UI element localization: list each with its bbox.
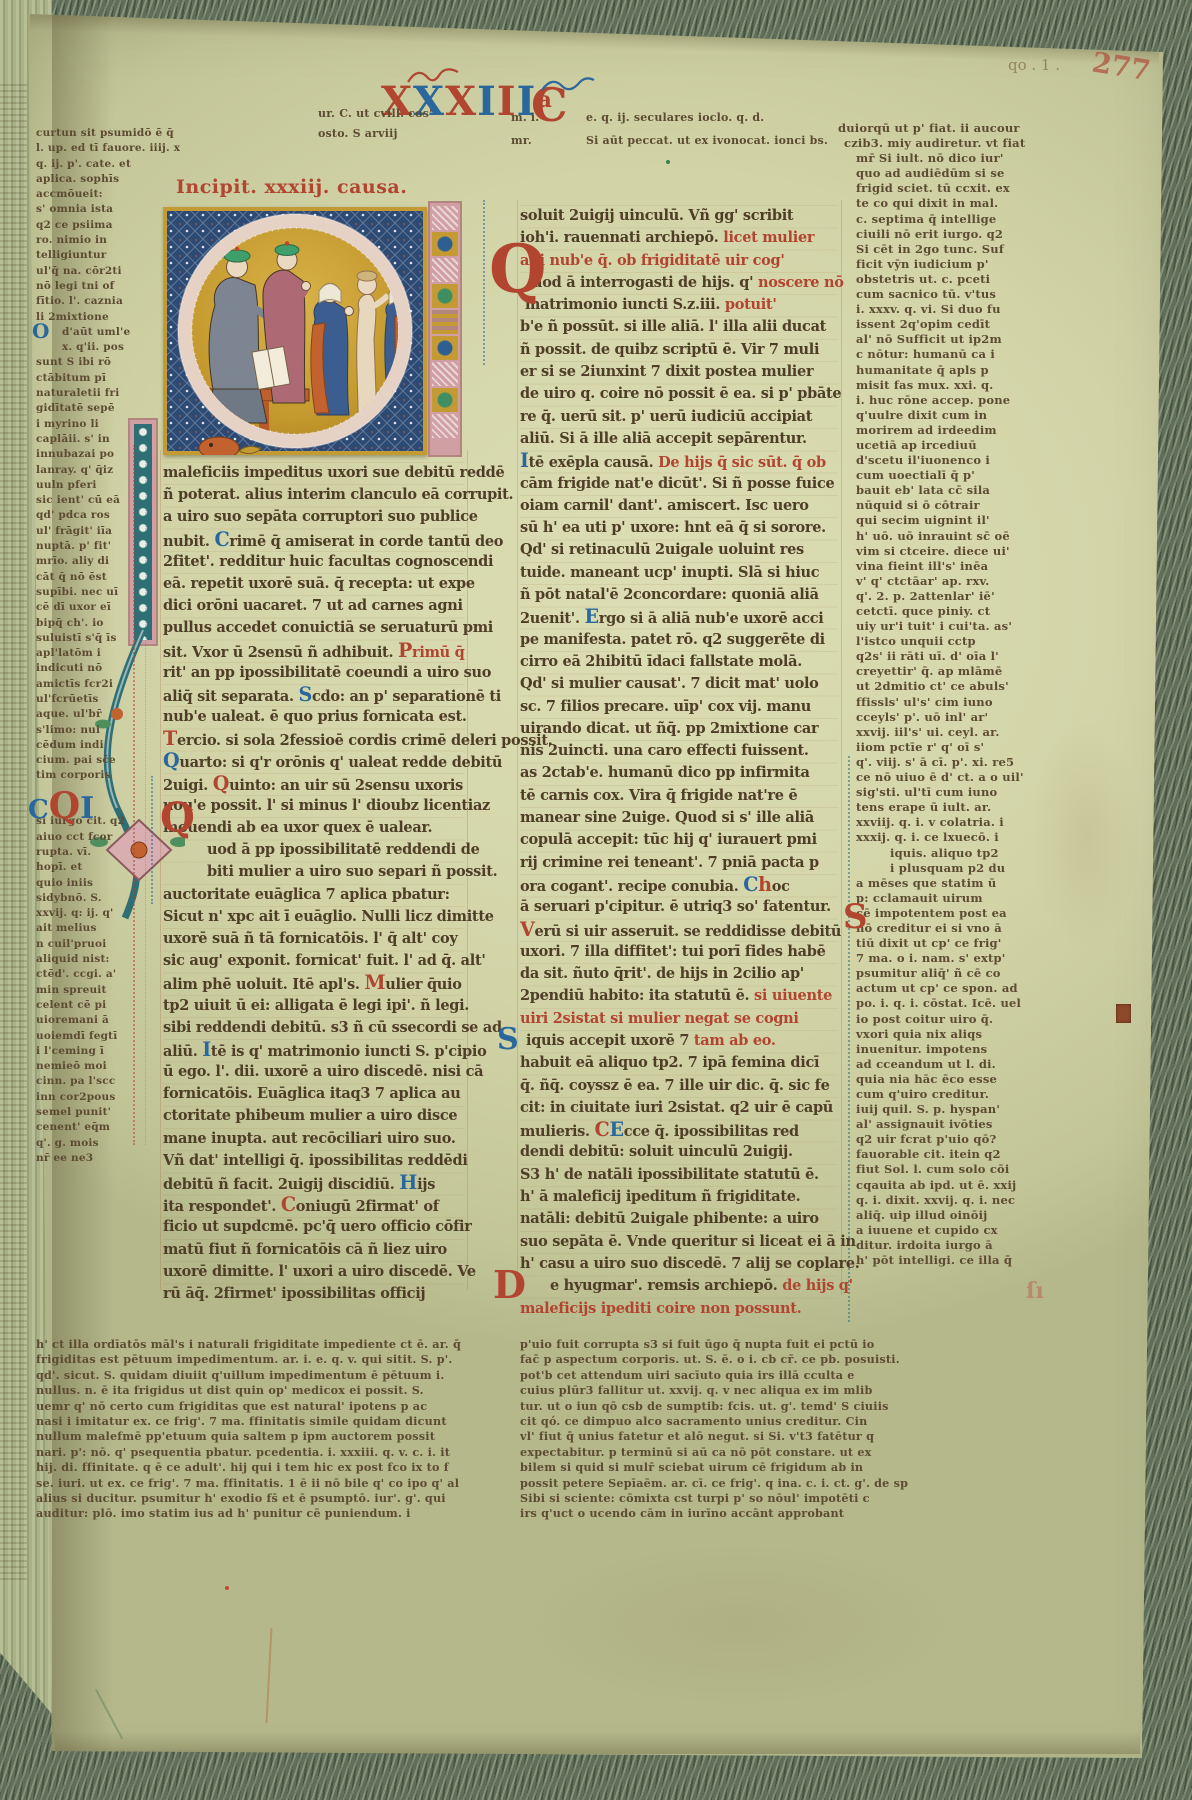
text-segment: x. q'ii. pos — [62, 341, 124, 353]
text-segment: vl' fiut q̄ unius fatetur et alō negut. … — [520, 1429, 874, 1443]
text-line: nō creditur ei si vno ā — [856, 921, 1032, 936]
text-line: xxviij. q. i. v colatria. i — [856, 815, 1032, 830]
text-segment: ul'q̄ na. cōr2ti — [36, 265, 122, 277]
text-segment: cinn. pa l'scc — [36, 1075, 115, 1087]
text-line: quo ad audiēdūm si se — [856, 166, 1032, 181]
text-segment: po. i. q. i. cōstat. Icē. uel — [856, 996, 1021, 1010]
text-segment: c nōtur: humanū ca i — [856, 347, 995, 361]
text-line: cē dī uxor eī — [36, 600, 148, 615]
text-line: i. xxxv. q. vi. Si duo fu — [856, 302, 1032, 317]
text-line: rit' an pp ipossibilitatē coeundi a uiro… — [163, 662, 465, 684]
text-line: alim phē uoluit. Itē apl's. Mulier q̄uio — [163, 972, 465, 994]
text-line: aplica. sophīs — [36, 172, 148, 187]
text-segment: ioh'i. rauennati archiepō. — [520, 229, 723, 246]
text-line: indicuti nō — [36, 661, 148, 676]
text-segment: fac̄ p aspectum corporis. ut. S. ē. o i.… — [520, 1352, 900, 1366]
text-segment: uuln pferi — [36, 479, 97, 491]
text-line: ul'fcrūetīs — [36, 692, 148, 707]
text-segment: nūquid si ō cōtrair — [856, 498, 980, 512]
text-line: ciuili nō erit iurgo. q2 — [856, 227, 1032, 242]
ornament-cell — [432, 258, 458, 283]
text-line: Itē exēpla causā. De hijs q̄ sic sūt. q̄… — [520, 450, 838, 472]
text-segment: sc. 7 filios precare. uīp' cox vij. manu — [520, 698, 811, 715]
text-segment: cce q̄. ipossibilitas red — [624, 1123, 799, 1140]
text-segment: telligiuntur — [36, 249, 107, 261]
text-segment: mulieris. — [520, 1123, 595, 1140]
text-line: l. up. ed tī fauore. iiij. x — [36, 141, 148, 156]
text-line: cenent' eq̄m — [36, 1120, 148, 1135]
text-line: sidybnō. S. — [36, 891, 148, 906]
text-line: e. q. ij. seculares ioclo. q. d. — [586, 106, 828, 129]
ornament-bar — [428, 201, 462, 457]
text-line: nō legi tni of — [36, 279, 148, 294]
text-line: uod ā interrogasti de hijs. q' noscere n… — [520, 272, 838, 294]
text-segment: Q — [163, 749, 179, 772]
text-line: bipq̄ ch'. io — [36, 616, 148, 631]
text-segment: er si se 2iunxint 7 dixit postea mulier — [520, 363, 813, 380]
text-line: q2 ce psiima — [36, 218, 148, 233]
text-segment: fiut Sol. l. cum solo cōi — [856, 1162, 1009, 1176]
top-gloss-mid: m. i.mr. — [511, 106, 539, 152]
text-segment: Sicut n' xpc ait ī euāglio. Nulli licz d… — [163, 908, 494, 925]
text-segment: psumitur aliq̄' ñ cē co — [856, 966, 1001, 980]
text-line: uou'e possit. l' si minus l' dioubz lice… — [163, 795, 465, 817]
text-line: ita respondet'. Coniugū 2firmat' of — [163, 1194, 465, 1216]
text-segment: uxorē dimitte. l' uxori a uiro discedē. … — [163, 1263, 476, 1280]
text-segment: si uiuente — [754, 987, 832, 1004]
text-segment: sibi reddendi debitū. s3 ñ cū ssecordi s… — [163, 1019, 502, 1036]
gloss-column-left: curtun sit psumidō ē q̄l. up. ed tī fauo… — [36, 126, 148, 1166]
lemma-letter-I: I — [80, 791, 94, 826]
text-line: cetctī. quce piniy. ct — [856, 604, 1032, 619]
text-segment: tē exēpla causā. — [529, 454, 658, 471]
text-line: iquis. aliquo tp2 — [856, 846, 1032, 861]
text-segment: C — [595, 1118, 610, 1141]
text-line: bilem si quid si mulr̄ sciebat uirum cē … — [520, 1460, 1032, 1475]
text-segment: mane inupta. aut recōciliari uiro suo. — [163, 1130, 456, 1147]
text-line: cēdum indi — [36, 738, 148, 753]
text-segment: issent 2q'opim cedīt — [856, 317, 990, 331]
text-line: iuij quil. S. p. hyspan' — [856, 1102, 1032, 1117]
text-segment: cuius plūr3 fallitur ut. xxvij. q. v nec… — [520, 1383, 872, 1397]
text-line: cium. pai sc̄e — [36, 753, 148, 768]
text-segment: irs q'uct o ucendo cām in iurīno accānt … — [520, 1506, 844, 1520]
blue-flourish — [151, 776, 157, 904]
text-segment: ercio. si sola 2fessioē cordis crimē del… — [177, 732, 553, 749]
text-line: q'uulre dixit cum in — [856, 408, 1032, 423]
text-segment: uinto: an uir sū 2sensu uxoris — [229, 777, 463, 794]
text-segment: oiam carnil' dant'. amiscert. Isc uero — [520, 497, 809, 514]
text-line: al' nō Sufficit ut ip2m — [856, 332, 1032, 347]
initial-Q-quod-col2: Q — [489, 240, 547, 299]
text-segment: ijs — [417, 1176, 435, 1193]
text-segment: 2pendiū habito: ita statutū ē. — [520, 987, 754, 1004]
text-segment: de hijs q' — [782, 1277, 853, 1294]
text-segment: m. i. — [511, 111, 539, 124]
text-line: q2 uir fcrat p'uio qō? — [856, 1132, 1032, 1147]
text-segment: V — [520, 918, 535, 941]
text-segment: matrimonio iuncti S.z.iii. — [525, 296, 725, 313]
text-line: caplāii. s' in — [36, 432, 148, 447]
text-segment: ut 2dmitio ct' ce abuls' — [856, 679, 1009, 693]
text-line: matrimonio iuncti S.z.iii. potuit' — [520, 294, 838, 316]
previous-page-showthrough — [0, 80, 27, 1580]
text-segment: alius si ducitur. psumitur h' exodio fs̄… — [36, 1491, 446, 1505]
text-line: lanray. q' q̄iz — [36, 463, 148, 478]
text-line: cit: in ciuitate iuri 2sistat. q2 uir ē … — [520, 1097, 838, 1119]
text-line: czib3. miy audiretur. vt fiat — [844, 136, 1032, 151]
text-line: tē carnis cox. Vira q̄ frigide nat're ē — [520, 785, 838, 807]
text-segment: p'uio fuit corrupta s3 si fuit ūgo q̄ nu… — [520, 1337, 874, 1351]
text-line: ñ possit. de quibz scriptū ē. Vir 7 muli — [520, 339, 838, 361]
text-line: i. huc rōne accep. pone — [856, 393, 1032, 408]
text-line: ioh'i. rauennati archiepō. licet mulier — [520, 227, 838, 249]
text-segment: h' uō. uō inrauint sc̄ oē — [856, 529, 1010, 543]
text-segment: curtun sit psumidō ē q̄ — [36, 127, 174, 139]
text-line: auctoritate euāglica 7 aplica pbatur: — [163, 884, 465, 906]
text-line: nullum malefmē pp'etuum quia saltem p ip… — [36, 1429, 488, 1444]
text-segment: q. ij. p'. cate. et — [36, 158, 131, 170]
text-line: Si cēt in 2go tunc. Suf — [856, 242, 1032, 257]
text-segment: Qd' si mulier causat'. 7 dicit mat' uolo — [520, 675, 819, 692]
text-line: re q̄. uerū sit. p' uerū iudiciū accipia… — [520, 406, 838, 428]
ornament-cell — [432, 310, 458, 335]
text-line: sibi reddendi debitū. s3 ñ cū ssecordi s… — [163, 1017, 465, 1039]
text-line: ū ego. l'. dii. uxorē a uiro discedē. ni… — [163, 1061, 465, 1083]
text-line: i myrino li — [36, 417, 148, 432]
text-segment: mr̄ Si iult. nō dico iur' — [856, 151, 1004, 165]
text-segment: matū fiut ñ fornicatōis cā ñ liez uiro — [163, 1241, 447, 1258]
text-line: dendi debitū: soluit uinculū 2uigij. — [520, 1141, 838, 1163]
text-segment: mrīo. aliy di — [36, 555, 109, 567]
text-line: nullus. n. ē ita frigidus ut dist quin o… — [36, 1383, 488, 1398]
text-segment: bauit eb' lata cc̄ sila — [856, 483, 990, 497]
text-line: nub'e ualeat. ē quo prius fornicata est. — [163, 706, 465, 728]
text-segment: rū āq̄. 2firmet' ipossibilitas officij — [163, 1285, 425, 1302]
rubric-incipit: Incipit. xxxiij. causa. — [176, 176, 407, 198]
text-segment: creyettir' q̄. ap mlāmē — [856, 664, 1002, 678]
text-line: al' assignauit ivōties — [856, 1117, 1032, 1132]
text-line: ctābitum pī — [36, 371, 148, 386]
text-segment: h — [758, 873, 772, 896]
text-segment: vxori quia nix aliqs — [856, 1027, 982, 1041]
text-segment: I — [202, 1038, 211, 1061]
text-line: sc. 7 filios precare. uīp' cox vij. manu — [520, 696, 838, 718]
text-segment: a mēses que statim ū — [856, 876, 996, 890]
text-segment: qd' pdca ros — [36, 509, 110, 521]
ruling-line — [160, 450, 161, 1290]
text-segment: cetctī. quce piniy. ct — [856, 604, 990, 618]
text-line: aliq̄ sit separata. Scdo: an p' separati… — [163, 684, 465, 706]
text-segment: Sibi si sciente: cōmixta cst turpi p' so… — [520, 1491, 870, 1505]
text-segment: cit: in ciuitate iuri 2sistat. q2 uir ē … — [520, 1099, 833, 1116]
text-line: q'. viij. s' ā cī. p'. xi. re5 — [856, 755, 1032, 770]
text-segment: tiū dixit ut cp' ce frig' — [856, 936, 1002, 950]
text-line: suo sepāta ē. Vnde queritur si liceat ei… — [520, 1231, 838, 1253]
text-line: nemieō moi — [36, 1059, 148, 1074]
text-segment: q'. 2. p. 2attenlar' iē' — [856, 589, 995, 603]
text-line: mulieris. CEcce q̄. ipossibilitas red — [520, 1119, 838, 1141]
text-segment: Si aūt peccat. ut ex ivonocat. ionci bs. — [586, 134, 828, 147]
text-segment: nr̄ ee ne3 — [36, 1152, 93, 1164]
text-line: tiū dixit ut cp' ce frig' — [856, 936, 1032, 951]
text-segment: celent cē pi — [36, 999, 106, 1011]
text-segment: te co qui dixit in mal. — [856, 196, 998, 210]
header-letter: I — [477, 78, 497, 125]
ornament-cell — [432, 362, 458, 387]
text-line: i plusquam p2 du — [856, 861, 1032, 876]
text-segment: apl'latōm i — [36, 647, 101, 659]
text-segment: indicuti nō — [36, 662, 102, 674]
text-line: h' uō. uō inrauint sc̄ oē — [856, 529, 1032, 544]
text-line: biti mulier a uiro suo separi ñ possit. — [163, 861, 465, 883]
text-segment: tp2 uiuit ū ei: alligata ē legi ipi'. ñ … — [163, 997, 469, 1014]
text-line: curtun sit psumidō ē q̄ — [36, 126, 148, 141]
text-line: uoiemdī fegtī — [36, 1029, 148, 1044]
text-line: copulā accepit: tūc hij q' iurauert pmi — [520, 829, 838, 851]
text-segment: manear sine 2uige. Quod si s' ille aliā — [520, 809, 814, 826]
text-segment: uxorē suā ñ tā fornicatōis. l' q̄ alt' c… — [163, 930, 458, 947]
text-line: h' pōt intelligi. ce illa q̄ — [856, 1253, 1032, 1268]
top-gloss-left: ur. C. ut cvill. cos'osto. S arviij — [318, 104, 433, 144]
text-segment: pullus accedet conuictiā se seruaturū pm… — [163, 619, 493, 636]
text-segment: quo ad audiēdūm si se — [856, 166, 1005, 180]
text-segment: I — [520, 449, 529, 472]
text-line: fiut Sol. l. cum solo cōi — [856, 1162, 1032, 1177]
text-segment: i. xxxv. q. vi. Si duo fu — [856, 302, 1001, 316]
text-segment: iiom pctīe r' q' oī s' — [856, 740, 984, 754]
text-line: morirem ad irdeedim — [856, 423, 1032, 438]
text-segment: aque. ul'br̄ — [36, 708, 102, 720]
text-line: apl'latōm i — [36, 646, 148, 661]
text-segment: i l'ceming ī — [36, 1045, 104, 1057]
text-segment: czib3. miy audiretur. vt fiat — [844, 136, 1025, 150]
text-segment: obstetris ut. c. pceti — [856, 272, 990, 286]
text-segment: uxori. 7 illa diffitet': tui porī fides … — [520, 943, 826, 960]
text-line: aliquid nist: — [36, 952, 148, 967]
text-segment: uioremani ā — [36, 1014, 109, 1026]
faint-red-margin-glyph: ſı — [1026, 1282, 1044, 1302]
text-line: ucetiā ap ircediuū — [856, 438, 1032, 453]
text-segment: uou'e possit. l' si minus l' dioubz lice… — [163, 797, 490, 814]
text-line: soluit 2uigij uinculū. Vñ gg' scribit — [520, 205, 838, 227]
text-line: v' q' ctctāar' ap. rxv. — [856, 574, 1032, 589]
text-line: alius si ducitur. psumitur h' exodio fs̄… — [36, 1491, 488, 1506]
text-line: p: cclamauit uirum — [856, 891, 1032, 906]
text-line: quia nia hāc ēco esse — [856, 1072, 1032, 1087]
text-segment: ficit vȳn iudicium p' — [856, 257, 989, 271]
text-segment: sig'sti. ul'tī cum iuno — [856, 785, 997, 799]
text-segment: misit fas mux. xxi. q. — [856, 378, 994, 392]
text-segment: C — [743, 873, 758, 896]
text-line: pullus accedet conuictiā se seruaturū pm… — [163, 617, 465, 639]
text-segment: aliū. Si ā ille aliā accepit sepārentur. — [520, 430, 807, 447]
text-segment: iquis. aliquo tp2 — [890, 846, 999, 860]
text-line: matū fiut ñ fornicatōis cā ñ liez uiro — [163, 1239, 465, 1261]
text-line: possit petere Sepīaēm. ar. cī. ce frig'.… — [520, 1476, 1032, 1491]
text-line: sū h' ea uti p' uxore: hnt eā q̄ si soro… — [520, 517, 838, 539]
text-line: ce nō uiuo ē d' ct. a o uil' — [856, 770, 1032, 785]
text-line: d'aūt uml'e — [36, 325, 148, 340]
text-line: innubazai po — [36, 447, 148, 462]
text-line: q'. 2. p. 2attenlar' iē' — [856, 589, 1032, 604]
text-segment: ditur. irdoita iurgo ā — [856, 1238, 993, 1252]
text-line: te co qui dixit in mal. — [856, 196, 1032, 211]
text-segment: q2 ce psiima — [36, 219, 113, 231]
text-segment: v' q' ctctāar' ap. rxv. — [856, 574, 989, 588]
text-segment: P — [398, 639, 412, 662]
text-segment: e hyugmar'. remsis archiepō. — [550, 1277, 782, 1294]
text-line: vl' fiut q̄ unius fatetur et alō negut. … — [520, 1429, 1032, 1444]
text-segment: bipq̄ ch'. io — [36, 617, 104, 629]
text-line: obstetris ut. c. pceti — [856, 272, 1032, 287]
text-segment: xxvij. q: ij. q' — [36, 907, 113, 919]
text-segment: ctēd'. ccgi. a' — [36, 968, 116, 980]
text-segment: rimū q̄ — [412, 644, 464, 661]
text-segment: 2uigi. — [163, 777, 213, 794]
text-line: qd' pdca ros — [36, 508, 148, 523]
top-edge-shadow — [29, 14, 1159, 65]
text-segment: nis 2uincti. una caro effecti fuissent. — [520, 742, 809, 759]
text-line: cē impotentem post ea — [856, 906, 1032, 921]
text-line: qui secim uignint il' — [856, 513, 1032, 528]
text-segment: S — [298, 683, 312, 706]
text-segment: ul'fcrūetīs — [36, 693, 99, 705]
text-segment: h' ct illa ordīatōs māl's i naturali fri… — [36, 1337, 461, 1351]
text-segment: Q — [213, 772, 229, 795]
text-segment: bilem si quid si mulr̄ sciebat uirum cē … — [520, 1460, 863, 1474]
text-segment: n cuil'pruoi — [36, 938, 106, 950]
text-line: da sit. ñuto q̄rit'. de hijs in 2cilio a… — [520, 963, 838, 985]
text-line: min spreuit — [36, 983, 148, 998]
text-segment: ad cceandum ut l. di. — [856, 1057, 996, 1071]
text-line: nuptā. p' fit' — [36, 539, 148, 554]
text-segment: alii nub'e q̄. ob frigiditatē uir cog' — [520, 252, 784, 269]
text-line: uiy ur'i tuit' i cui'ta. as' — [856, 619, 1032, 634]
text-line: mr. — [511, 129, 539, 152]
text-segment: nub'e ualeat. ē quo prius fornicata est. — [163, 708, 467, 725]
text-line: uemr q' nō certo cum frigiditas que est … — [36, 1399, 488, 1414]
text-line: inuenitur. impotens — [856, 1042, 1032, 1057]
text-segment: q2s' ii rāti uī. d' oīa l' — [856, 649, 999, 663]
text-segment: nasi i imitatur ex. ce frig'. 7 ma. ffin… — [36, 1414, 447, 1428]
text-line: a mēses que statim ū — [856, 876, 1032, 891]
text-segment: alim phē uoluit. Itē apl's. — [163, 976, 364, 993]
text-segment: nullus. n. ē ita frigidus ut dist quin o… — [36, 1383, 424, 1397]
text-segment: l'istco unquii cctp — [856, 634, 976, 648]
text-segment: cirro eā 2hibitū īdaci fallstate molā. — [520, 653, 802, 670]
text-segment: cum uoectialī q̄ p' — [856, 468, 975, 482]
text-segment: uiy ur'i tuit' i cui'ta. as' — [856, 619, 1012, 633]
text-line: as 2ctab'e. humanū dico pp infirmita — [520, 762, 838, 784]
text-segment: pe manifesta. patet rō. q2 suggerēte di — [520, 631, 825, 648]
text-segment: iuij quil. S. p. hyspan' — [856, 1102, 1000, 1116]
text-segment: morirem ad irdeedim — [856, 423, 997, 437]
text-segment: E — [584, 605, 598, 628]
text-segment: i plusquam p2 du — [890, 861, 1005, 875]
text-line: duiorqū ut p' fiat. ii aucour — [838, 121, 1032, 136]
text-line: inn cor2pous — [36, 1090, 148, 1105]
text-line: naturaletii fri — [36, 386, 148, 401]
text-segment: cit qó. ce dimpuo alco sacramento unius … — [520, 1414, 867, 1428]
text-line: semel punit' — [36, 1105, 148, 1120]
text-line: xxvij. iil's' ui. ceyl. ar. — [856, 725, 1032, 740]
text-line: ñ pōt natal'ē 2concordare: quoniā aliā — [520, 584, 838, 606]
text-line: ficio ut supdcmē. pc'q̄ uero officio cōf… — [163, 1216, 465, 1238]
text-segment: cē dī uxor eī — [36, 601, 111, 613]
parchment-stain — [520, 1540, 960, 1710]
text-line: frigiditas est pētuum impedimentum. ar. … — [36, 1352, 488, 1367]
text-segment: semel punit' — [36, 1106, 111, 1118]
text-line: ctoritate phibeum mulier a uiro disce — [163, 1105, 465, 1127]
text-segment: copulā accepit: tūc hij q' iurauert pmi — [520, 831, 817, 848]
text-segment: h' pōt intelligi. ce illa q̄ — [856, 1253, 1012, 1267]
text-line: rij crimine rei teneant'. 7 pniā pacta p — [520, 852, 838, 874]
text-line: ffissls' ul's' cim iuno — [856, 695, 1032, 710]
text-line: cum q'uiro creditur. — [856, 1087, 1032, 1102]
text-line: aliū. Itē is q' matrimonio iuncti S. p'c… — [163, 1039, 465, 1061]
text-segment: maleficiis impeditus uxori sue debitū re… — [163, 464, 504, 481]
text-segment: uoiemdī fegtī — [36, 1030, 117, 1042]
text-line: q. i. dixit. xxvij. q. i. nec — [856, 1193, 1032, 1208]
text-segment: natāli: debitū 2uigale phibente: a uiro — [520, 1210, 819, 1227]
text-line: Si aūt peccat. ut ex ivonocat. ionci bs. — [586, 129, 828, 152]
text-line: nari. p': nō. q' psequentia pbatur. pced… — [36, 1445, 488, 1460]
text-segment: fauorable cit. itein q2 — [856, 1147, 1001, 1161]
text-segment: fītio. l'. caznia — [36, 295, 123, 307]
text-line: uod ā pp ipossibilitatē reddendi de — [163, 839, 465, 861]
text-segment: cām frigide nat'e dicūt'. Si ñ posse fui… — [520, 475, 834, 492]
text-line: tens erape ū iult. ar. — [856, 800, 1032, 815]
text-segment: frigid sciet. tū ccxit. ex — [856, 181, 1010, 195]
text-segment: 2uenit'. — [520, 610, 584, 627]
text-segment: rgo si ā aliā nub'e uxorē acci — [599, 610, 824, 627]
text-line: sic ient' cū eā — [36, 493, 148, 508]
text-line: dici orōni uacaret. 7 ut ad carnes agni — [163, 595, 465, 617]
text-line: Qd' si mulier causat'. 7 dicit mat' uolo — [520, 673, 838, 695]
text-segment: H — [399, 1171, 417, 1194]
text-line: gidītatē sepē — [36, 401, 148, 416]
text-segment: potuit' — [725, 296, 777, 313]
text-segment: tam ab eo. — [694, 1032, 776, 1049]
text-segment: actum ut cp' ce spon. ad — [856, 981, 1018, 995]
text-line: a iuuene et cupido cx — [856, 1223, 1032, 1238]
ornament-cell — [432, 206, 458, 231]
text-line: q. ij. p'. cate. et — [36, 157, 148, 172]
text-segment: s'limo: nui — [36, 724, 100, 736]
text-segment: nari. p': nō. q' psequentia pbatur. pced… — [36, 1445, 450, 1459]
text-segment: tens erape ū iult. ar. — [856, 800, 991, 814]
text-segment: al' assignauit ivōties — [856, 1117, 993, 1131]
text-line: rū āq̄. 2firmet' ipossibilitas officij — [163, 1283, 465, 1305]
text-segment: tur. ut o iun qō csb de sumptib: fcis. u… — [520, 1399, 889, 1413]
bottom-gloss-left: h' ct illa ordīatōs māl's i naturali fri… — [36, 1337, 488, 1522]
text-segment: fornicatōis. Euāglica itaq3 7 aplica au — [163, 1085, 460, 1102]
text-segment: da sit. ñuto q̄rit'. de hijs in 2cilio a… — [520, 965, 804, 982]
text-segment: nō creditur ei si vno ā — [856, 921, 1002, 935]
top-gloss-right: e. q. ij. seculares ioclo. q. d.Si aūt p… — [586, 106, 828, 152]
ornament-cell — [432, 414, 458, 439]
text-line: mane inupta. aut recōciliari uiro suo. — [163, 1128, 465, 1150]
text-segment: i. huc rōne accep. pone — [856, 393, 1010, 407]
text-line: q̄. ñq̄. coyssz ē ea. 7 ille uir dic. q̄… — [520, 1075, 838, 1097]
ornament-cell — [432, 284, 458, 309]
text-line: c nōtur: humanū ca i — [856, 347, 1032, 362]
text-line: 2pendiū habito: ita statutū ē. si uiuent… — [520, 985, 838, 1007]
text-segment: sic ient' cū eā — [36, 494, 120, 506]
text-segment: q'uulre dixit cum in — [856, 408, 987, 422]
text-line: ora cogant'. recipe conubia. Choc — [520, 874, 838, 896]
